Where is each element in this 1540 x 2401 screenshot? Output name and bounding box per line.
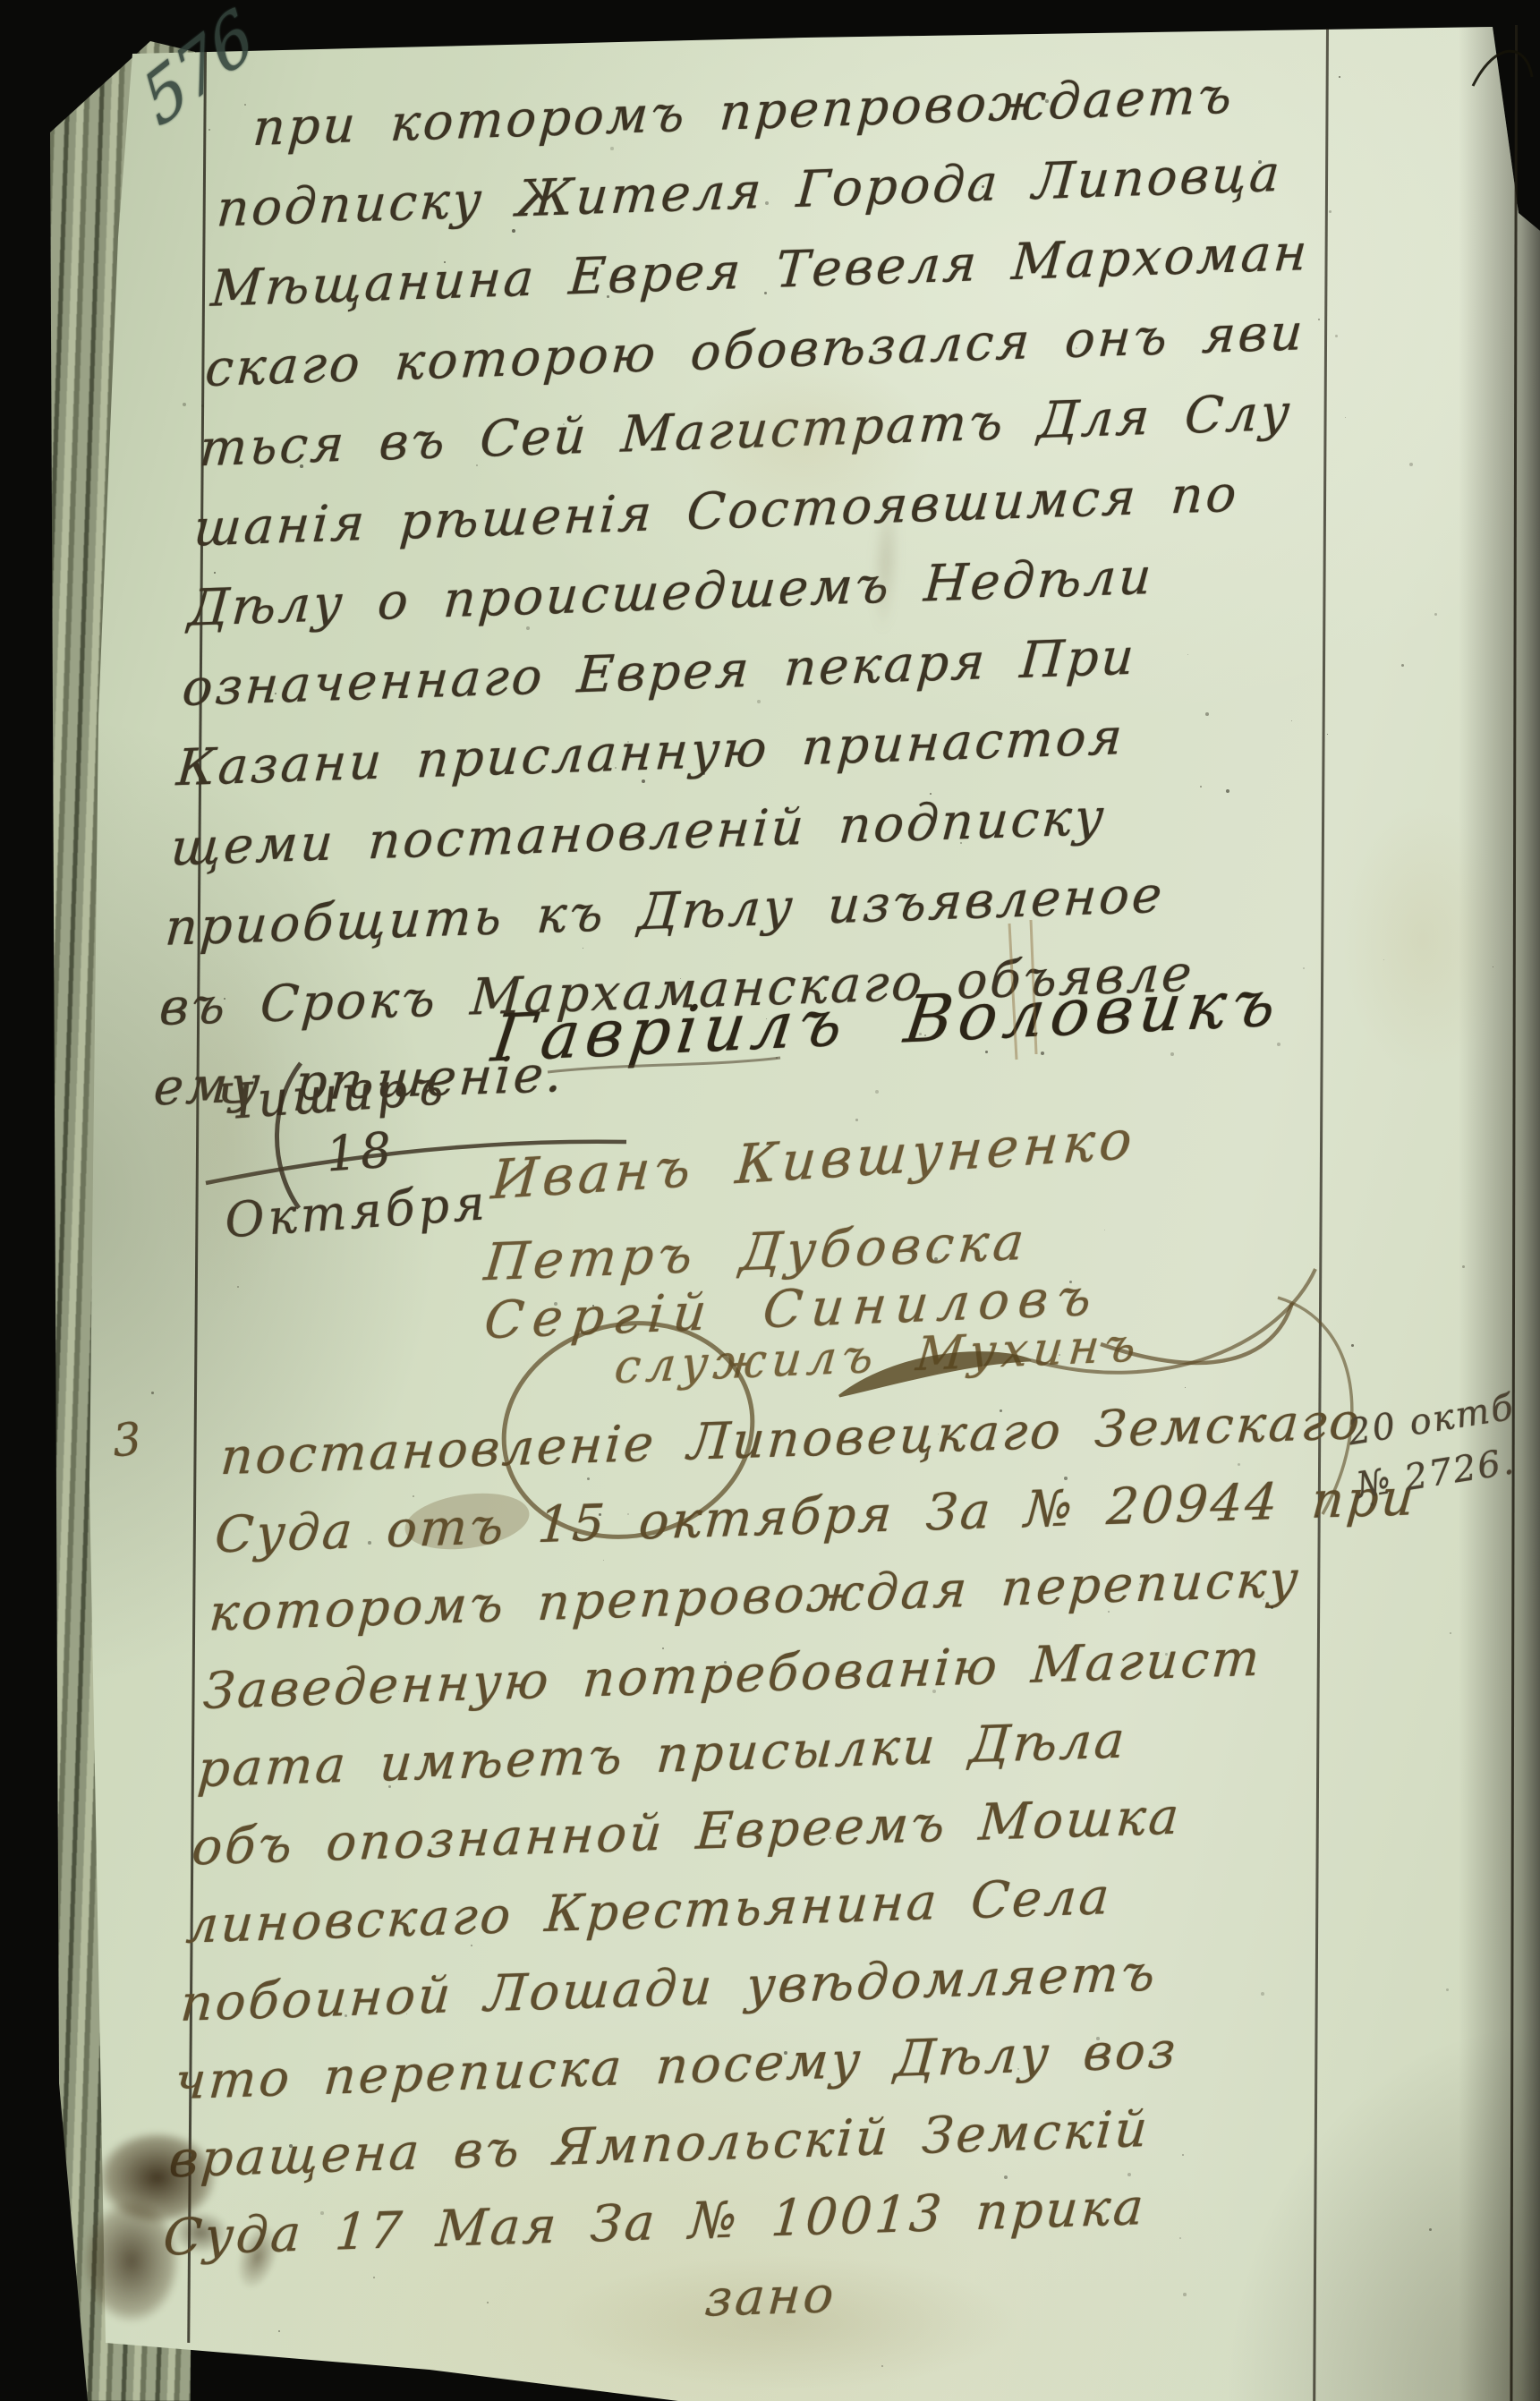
- paragraph-2: постановленіе Липовецкаго Земскаго Суда …: [155, 1384, 1315, 2355]
- date-annotation: Чиширъ 18 Октября: [215, 1055, 490, 1250]
- archival-photo: 576 при которомъ препровождаетъ подписку…: [0, 0, 1540, 2401]
- entry-number: 3: [111, 1413, 144, 1468]
- paragraph-1: при которомъ препровождаетъ подписку Жит…: [151, 54, 1313, 1128]
